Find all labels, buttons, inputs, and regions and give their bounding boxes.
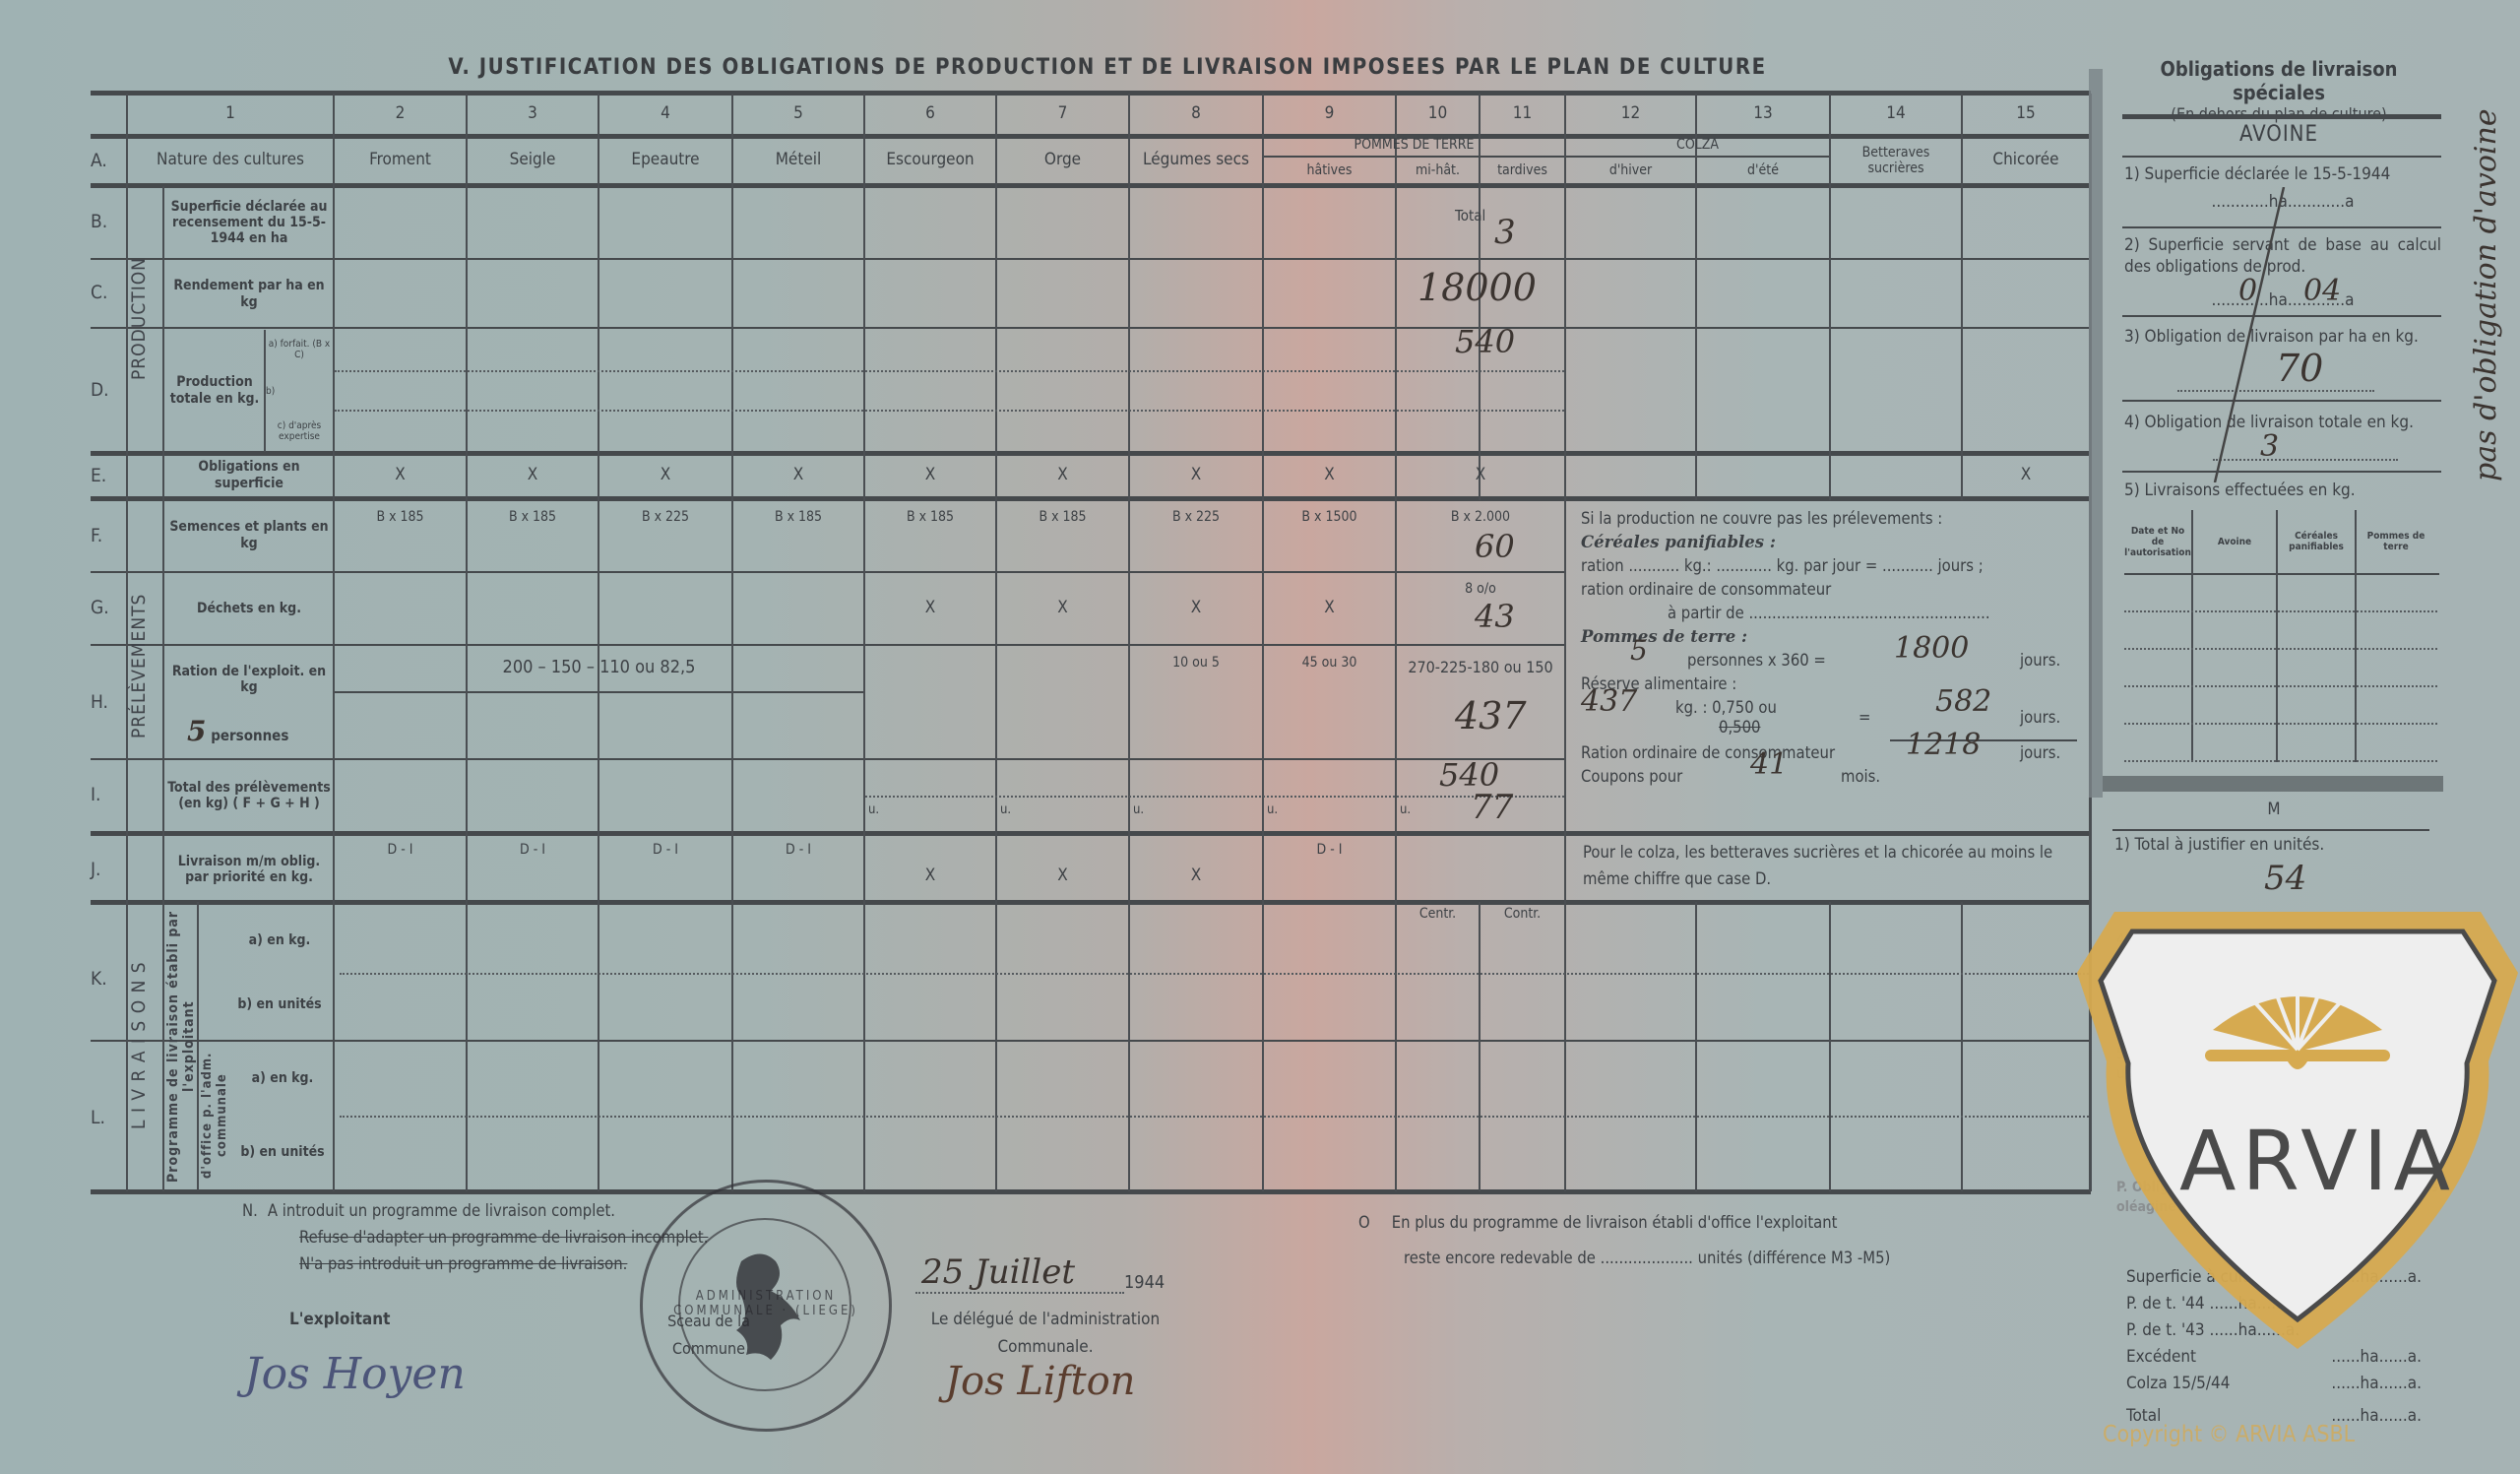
d-subrow-dots — [335, 410, 1564, 412]
handwritten-reserve-result: 582 — [1935, 690, 1991, 714]
col-num-4: 4 — [599, 95, 731, 134]
header-meteil: Méteil — [733, 138, 863, 183]
row-divider — [91, 258, 2091, 260]
row-letter-j: J. — [91, 859, 110, 880]
col-divider — [1829, 94, 1831, 500]
footer-n-line1: A introduit un programme de livraison co… — [268, 1201, 615, 1220]
h-cereal-rations: 200 – 150 – 110 ou 82,5 — [335, 648, 863, 687]
row-letter-d: D. — [91, 379, 110, 401]
header-colza-hiver: d'hiver — [1566, 158, 1695, 183]
exploitant-signature: Jos Hoyen — [244, 1349, 466, 1399]
handwritten-g-dechets: 43 — [1475, 598, 1515, 635]
f-value-col2: B x 185 — [335, 502, 466, 532]
panel-divider — [2122, 156, 2441, 158]
col-divider — [1262, 94, 1264, 1191]
label-rendement: Rendement par ha en kg — [165, 261, 333, 327]
header-nature: Nature des cultures — [128, 138, 333, 183]
handwritten-coupons: 41 — [1750, 753, 1788, 777]
j-value-col3: D - I — [468, 837, 598, 863]
conditions-reserve-line: 437 kg. : 0,750 ou 0,500 = 582 jours. — [1581, 696, 2083, 739]
stamp-text: ADMINISTRATION COMMUNALE · (LIEGE) — [643, 1289, 889, 1318]
label-semences: Semences et plants en kg — [165, 499, 333, 571]
group-label-prelevements: PRÉLÈVEMENTS — [128, 499, 162, 832]
handwritten-item2-a: 04 — [2303, 274, 2341, 308]
j-mark-col7: X — [997, 857, 1128, 896]
f-value-col9: B x 1500 — [1264, 502, 1395, 532]
avoine-heading: AVOINE — [2116, 122, 2441, 147]
panel-divider — [2112, 829, 2429, 831]
col-divider — [995, 94, 997, 1191]
col-num-8: 8 — [1130, 95, 1262, 134]
entry-dots — [2124, 610, 2437, 612]
col-divider — [598, 94, 599, 1191]
d-subrow-dots — [335, 370, 1564, 372]
g-mark-col8: X — [1130, 581, 1262, 635]
coupons-mois: mois. — [1841, 765, 1880, 789]
handwritten-date: 25 Juillet — [921, 1252, 1075, 1292]
label-total-prelevements: Total des prélèvements (en kg) ( F + G +… — [165, 761, 333, 830]
label-production-totale: Production totale en kg. — [165, 330, 264, 451]
panel-divider — [2122, 471, 2441, 473]
j-value-col5: D - I — [733, 837, 863, 863]
label-ration: Ration de l'exploit. en kg — [165, 650, 333, 709]
col-num-3: 3 — [468, 95, 598, 134]
f-value-col6: B x 185 — [865, 502, 995, 532]
e-mark-col15: X — [1963, 454, 2089, 496]
handwritten-f-semences: 60 — [1475, 528, 1515, 565]
table-header-rule — [2124, 573, 2439, 575]
avoine-strike-line — [2205, 187, 2294, 482]
j-mark-col6: X — [865, 857, 995, 896]
f-value-col5: B x 185 — [733, 502, 863, 532]
footer-n-letter: N. — [242, 1201, 258, 1220]
subcol-divider — [197, 902, 199, 1190]
commune-stamp: ADMINISTRATION COMMUNALE · (LIEGE) — [640, 1180, 892, 1432]
j-value-col4: D - I — [599, 837, 731, 863]
e-mark-col8: X — [1130, 454, 1262, 496]
p-line-label: Colza 15/5/44 — [2126, 1371, 2231, 1397]
header-pommes-de-terre: POMMES DE TERRE — [1264, 134, 1564, 156]
col-num-7: 7 — [997, 95, 1128, 134]
col-num-2: 2 — [335, 95, 466, 134]
m-item-1: 1) Total à justifier en unités. — [2114, 833, 2324, 857]
col-num-9: 9 — [1264, 95, 1395, 134]
conditions-reserve-title: Réserve alimentaire : — [1581, 673, 2083, 696]
e-mark-col10-11: X — [1397, 454, 1564, 496]
header-colza-ete: d'été — [1697, 158, 1829, 183]
f-value-col7: B x 185 — [997, 502, 1128, 532]
handwritten-ration-result: 1218 — [1906, 734, 1981, 757]
conditions-ration-line: Ration ordinaire de consommateur 1218 jo… — [1581, 741, 2083, 765]
b-total-label: Total — [1455, 207, 1485, 224]
conditions-cereales-title: Céréales panifiables : — [1581, 531, 2083, 554]
entry-dots — [2124, 685, 2437, 687]
header-mi-hatives: mi-hât. — [1397, 158, 1479, 183]
pdt-formula: personnes x 360 = — [1687, 649, 1826, 673]
p-line-units: ......ha......a. — [2331, 1371, 2422, 1397]
e-mark-col4: X — [599, 454, 731, 496]
label-dechets: Déchets en kg. — [165, 574, 333, 644]
conditions-coupons-line: Coupons pour 41 mois. — [1581, 765, 2083, 789]
e-mark-col3: X — [468, 454, 598, 496]
handwritten-i-units: 77 — [1471, 788, 1513, 827]
delegue-label: Le délégué de l'administration Communale… — [898, 1306, 1193, 1361]
th-cereales: Céréales panifiables — [2278, 510, 2355, 573]
delegue-signature: Jos Lifton — [945, 1359, 1135, 1404]
handwritten-b-total: 3 — [1494, 213, 1516, 252]
e-mark-col6: X — [865, 454, 995, 496]
col-divider — [1961, 902, 1963, 1191]
entry-dots — [2124, 723, 2437, 725]
date-dots — [915, 1292, 1124, 1294]
reserve-jours: jours. — [2020, 706, 2060, 730]
special-obligations-title: Obligations de livraison spéciales — [2116, 57, 2441, 104]
label-k-unites: b) en unités — [226, 975, 333, 1034]
label-d-b: b) — [266, 372, 333, 410]
right-panel-border — [2089, 69, 2103, 798]
k-subrow-dots — [340, 973, 2089, 975]
col-num-10: 10 — [1397, 95, 1479, 134]
coupons-label: Coupons pour — [1581, 767, 1682, 786]
e-mark-col9: X — [1264, 454, 1395, 496]
g-mark-col7: X — [997, 581, 1128, 635]
panel-thick-rule — [2103, 776, 2443, 792]
header-hatives: hâtives — [1264, 158, 1395, 183]
persons-label: personnes — [211, 727, 288, 744]
label-l-kg: a) en kg. — [232, 1049, 333, 1108]
th-avoine: Avoine — [2193, 510, 2276, 573]
i-unit-col9: u. — [1267, 802, 1278, 817]
row-letter-g: G. — [91, 597, 110, 618]
date-year: 1944 — [1124, 1272, 1165, 1293]
i-unit-col6: u. — [868, 802, 879, 817]
group-label-production: PRODUCTION — [128, 186, 162, 452]
handwritten-pdt-result: 1800 — [1894, 637, 1969, 661]
row-divider — [91, 831, 2091, 836]
col-divider — [1564, 94, 1566, 1191]
reserve-alt: 0,500 — [1719, 716, 1760, 739]
k-contr-label: Contr. — [1480, 904, 1564, 924]
conditions-pdt-title: Pommes de terre : — [1581, 625, 2083, 649]
livraisons-effectuees-table: Date et No de l'autorisation Avoine Céré… — [2124, 510, 2441, 762]
col-num-12: 12 — [1566, 95, 1695, 134]
row-divider — [91, 758, 1564, 760]
ration-label: Ration ordinaire de consommateur — [1581, 743, 1835, 762]
f-value-col4: B x 225 — [599, 502, 731, 532]
conditions-line-3: ration ........... kg.: ............ kg.… — [1581, 554, 2083, 578]
e-mark-col7: X — [997, 454, 1128, 496]
handwritten-c-rendement: 18000 — [1417, 266, 1537, 309]
header-escourgeon: Escourgeon — [865, 138, 995, 183]
h-value-col10: 270-225-180 ou 150 — [1397, 646, 1564, 689]
reserve-equals: = — [1858, 706, 1870, 730]
col-divider — [863, 94, 865, 1191]
label-k-kg: a) en kg. — [226, 911, 333, 970]
g-mark-col6: X — [865, 581, 995, 635]
f-value-col3: B x 185 — [468, 502, 598, 532]
avoine-item-5: 5) Livraisons effectuées en kg. — [2124, 479, 2441, 502]
header-legumes-secs: Légumes secs — [1130, 138, 1262, 183]
label-d-expertise: c) d'après expertise — [266, 412, 333, 451]
handwritten-persons: 5 — [187, 715, 206, 747]
g-mark-col9: X — [1264, 581, 1395, 635]
header-seigle: Seigle — [468, 138, 598, 183]
col-num-5: 5 — [733, 95, 863, 134]
handwritten-pdt-persons: 5 — [1630, 639, 1648, 663]
m-heading: M — [2116, 800, 2431, 819]
row-divider — [91, 496, 2091, 501]
j-mark-col8: X — [1130, 857, 1262, 896]
table-bottom-border — [91, 1189, 2091, 1194]
label-programme-livraison: Programme de livraison établi par l'expl… — [165, 904, 195, 1189]
label-ration-persons: 5 personnes — [187, 715, 335, 747]
i-unit-col7: u. — [1000, 802, 1011, 817]
handwritten-d-production: 540 — [1455, 323, 1515, 360]
h-value-col8: 10 ou 5 — [1130, 648, 1262, 677]
h-value-col9: 45 ou 30 — [1264, 648, 1395, 677]
j-value-col2: D - I — [335, 837, 466, 863]
row-letter-l: L. — [91, 1107, 110, 1128]
right-panel-header: Obligations de livraison spéciales (En d… — [2116, 57, 2441, 123]
e-mark-col5: X — [733, 454, 863, 496]
header-betteraves: Betteraves sucrières — [1851, 138, 1941, 183]
avoine-item-1-label: 1) Superficie déclarée le 15-5-1944 — [2124, 163, 2441, 185]
entry-dots — [2124, 760, 2437, 762]
handwritten-h-ration: 437 — [1455, 694, 1527, 737]
handwritten-m1: 54 — [2264, 859, 2306, 898]
f-value-col8: B x 225 — [1130, 502, 1262, 532]
conditions-line-1: Si la production ne couvre pas les préle… — [1581, 507, 2083, 531]
footer-o-line2: reste encore redevable de ..............… — [1404, 1241, 2087, 1276]
header-froment: Froment — [335, 138, 466, 183]
col-num-15: 15 — [1963, 95, 2089, 134]
col-divider — [731, 94, 733, 1191]
group-label-livraisons: L I V R A I S O N S — [128, 903, 162, 1188]
i-unit-col8: u. — [1133, 802, 1144, 817]
l-subrow-dots — [340, 1116, 2089, 1118]
col-num-1: 1 — [128, 95, 333, 134]
exploitant-label: L'exploitant — [289, 1310, 390, 1329]
e-mark-col2: X — [335, 454, 466, 496]
row-letter-h: H. — [91, 691, 110, 713]
letter-divider — [91, 258, 126, 260]
label-obligations-superficie: Obligations en superficie — [165, 454, 333, 496]
col-divider — [162, 186, 164, 1191]
entry-dots — [2124, 648, 2437, 650]
conditions-pdt-line: 5 personnes x 360 = 1800 jours. — [1581, 649, 2083, 673]
row-letter-c: C. — [91, 282, 110, 303]
handwritten-reserve-kg: 437 — [1581, 690, 1637, 714]
colza-note: Pour le colza, les betteraves sucrières … — [1583, 839, 2080, 892]
header-chicoree: Chicorée — [1963, 138, 2089, 183]
col-divider — [1479, 902, 1480, 1191]
i-unit-col10: u. — [1400, 802, 1411, 817]
label-office-communale: d'office p. l'adm. communale — [200, 1042, 229, 1189]
row-letter-e: E. — [91, 465, 110, 486]
label-superficie: Superficie déclarée au recensement du 15… — [165, 187, 333, 258]
footer-o: OEn plus du programme de livraison établ… — [1358, 1205, 2087, 1276]
label-d-forfait: a) forfait. (B x C) — [266, 330, 333, 369]
conditions-box: Si la production ne couvre pas les préle… — [1581, 507, 2083, 789]
row-letter-f: F. — [91, 525, 110, 546]
conditions-line-4: ration ordinaire de consommateur — [1581, 578, 2083, 602]
col-num-13: 13 — [1697, 95, 1829, 134]
col-divider — [1128, 94, 1130, 1191]
th-pommes-de-terre: Pommes de terre — [2357, 510, 2435, 573]
col-divider — [1829, 902, 1831, 1191]
footer-o-letter: O — [1358, 1213, 1370, 1232]
watermark-copyright: Copyright © ARVIA ASBL — [2103, 1422, 2355, 1447]
th-date-autorisation: Date et No de l'autorisation — [2124, 510, 2191, 573]
header-orge: Orge — [997, 138, 1128, 183]
col-divider — [333, 94, 335, 1191]
conditions-line-5: à partir de ............................… — [1581, 602, 2083, 625]
pdt-jours: jours. — [2020, 649, 2060, 673]
col-divider — [466, 94, 468, 1191]
form-title: V. JUSTIFICATION DES OBLIGATIONS DE PROD… — [295, 55, 1920, 80]
row-divider — [91, 183, 2091, 188]
col-num-11: 11 — [1480, 95, 1564, 134]
row-divider — [91, 571, 1564, 573]
row-divider — [91, 1040, 2091, 1042]
label-livraison-oblig: Livraison m/m oblig. par priorité en kg. — [165, 839, 333, 900]
row-letter-b: B. — [91, 211, 110, 232]
header-tardives: tardives — [1480, 158, 1564, 183]
ration-jours: jours. — [2020, 741, 2060, 765]
row-letter-k: K. — [91, 968, 110, 990]
footer-o-line1: En plus du programme de livraison établi… — [1392, 1213, 1838, 1232]
row-divider — [91, 644, 1564, 646]
watermark-brand: ARVIA — [2179, 1113, 2416, 1209]
col-num-6: 6 — [865, 95, 995, 134]
row-divider — [91, 327, 2091, 329]
j-value-col9: D - I — [1264, 837, 1395, 863]
header-epeautre: Epeautre — [599, 138, 731, 183]
i-subrow-dots — [865, 796, 1564, 798]
col-divider — [1695, 902, 1697, 1191]
header-colza: COLZA — [1566, 134, 1829, 156]
margin-note-handwritten: pas d'obligation d'avoine — [2469, 39, 2503, 551]
col-num-14: 14 — [1831, 95, 1961, 134]
label-l-unites: b) en unités — [232, 1122, 333, 1182]
row-letter-i: I. — [91, 784, 110, 805]
panel-divider — [2122, 114, 2441, 119]
col-divider — [1395, 94, 1397, 1191]
row-divider — [91, 900, 2091, 905]
row-letter-a: A. — [91, 150, 110, 171]
p-line-colza: Colza 15/5/44......ha......a. — [2126, 1371, 2422, 1397]
k-centr-label: Centr. — [1397, 904, 1479, 924]
